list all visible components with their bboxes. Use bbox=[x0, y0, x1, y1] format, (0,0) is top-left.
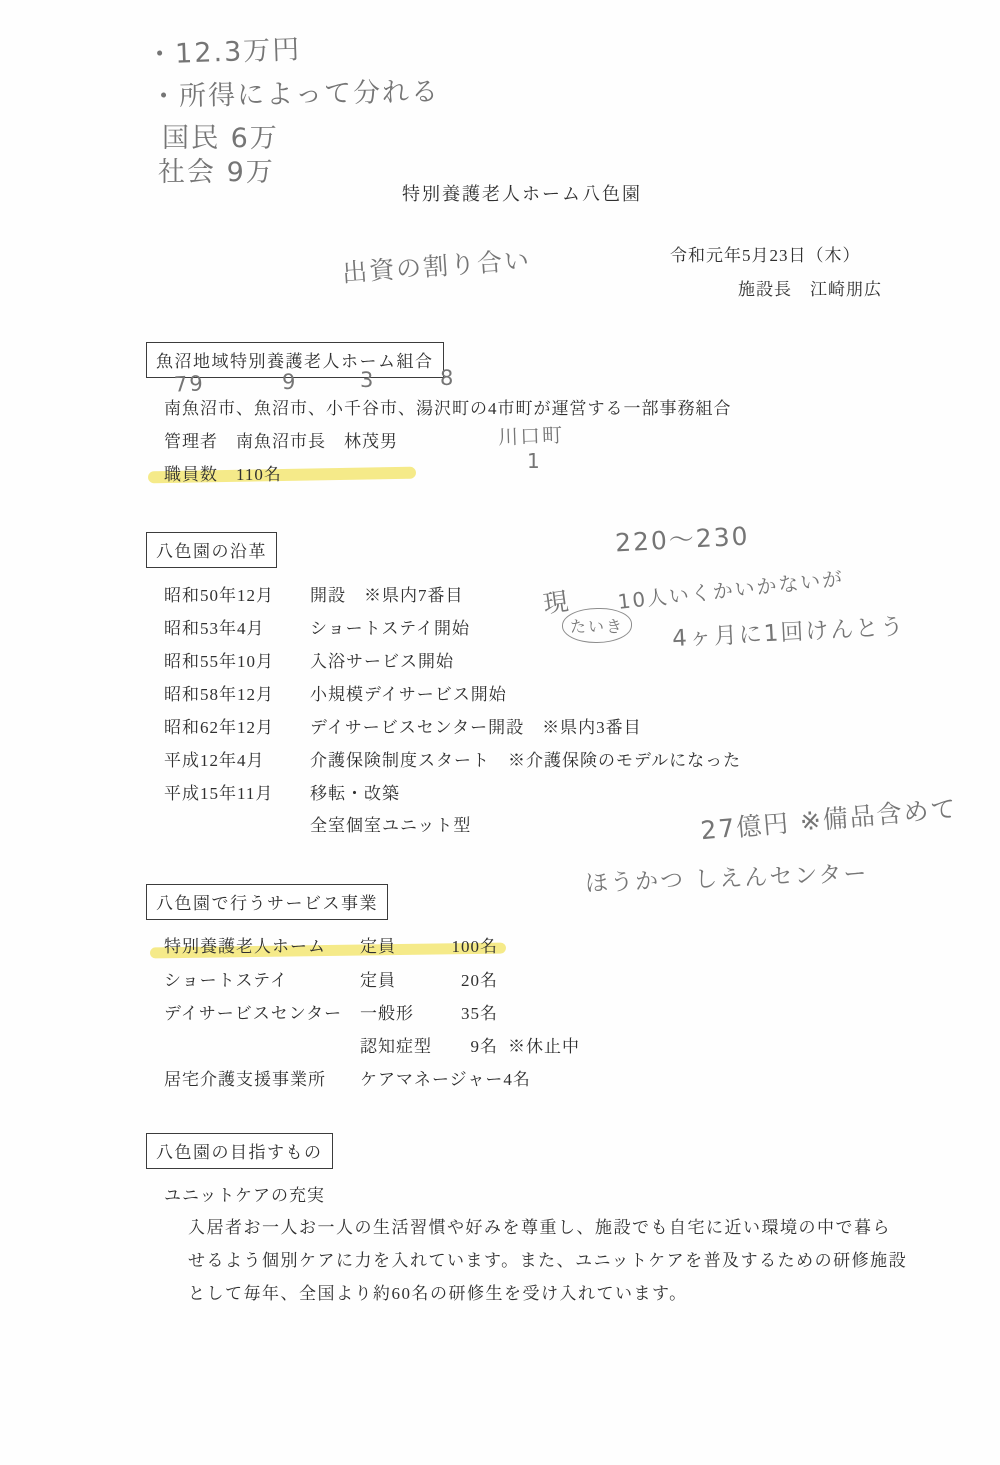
handwritten-share-minamiuonuma: 79 bbox=[173, 371, 205, 397]
history-row-date: 平成15年11月 bbox=[164, 779, 314, 804]
service-row-type: 一般形 bbox=[360, 999, 414, 1024]
handwritten-note-amount: ・12.3万円 bbox=[145, 27, 301, 71]
document-title: 特別養護老人ホーム八色園 bbox=[402, 180, 642, 206]
handwritten-note-shakai: 社会 9万 bbox=[158, 150, 275, 189]
handwritten-share-ojiya: 3 bbox=[360, 368, 375, 392]
section-heading-history: 八色園の沿革 bbox=[146, 532, 277, 568]
document-date: 令和元年5月23日（木） bbox=[670, 241, 861, 266]
history-row-date: 平成12年4月 bbox=[164, 746, 314, 771]
organization-description: 南魚沼市、魚沼市、小千谷市、湯沢町の4市町が運営する一部事務組合 bbox=[164, 394, 732, 419]
handwritten-kawaguchi: 川口町 bbox=[498, 419, 565, 450]
section-heading-services: 八色園で行うサービス事業 bbox=[146, 884, 388, 920]
service-row-value: 100名 bbox=[420, 932, 498, 957]
organization-staff-line: 職員数 110名 bbox=[164, 460, 282, 485]
history-row-event: ショートステイ開始 bbox=[310, 614, 470, 639]
service-row-type: 定員 bbox=[360, 932, 396, 957]
goals-paragraph-line: として毎年、全国より約60名の研修生を受け入れています。 bbox=[188, 1279, 688, 1304]
handwritten-note-shusshi: 出資の割り合い bbox=[341, 240, 532, 289]
history-row-date: 昭和62年12月 bbox=[164, 713, 314, 738]
document-signature: 施設長 江崎朋広 bbox=[738, 275, 882, 300]
service-row-value: 9名 bbox=[420, 1032, 498, 1057]
history-row-date: 昭和53年4月 bbox=[164, 614, 314, 639]
history-row-event: 全室個室ユニット型 bbox=[310, 811, 471, 836]
history-row-event: 小規模デイサービス開始 bbox=[310, 680, 507, 705]
service-row-note: ※休止中 bbox=[508, 1032, 580, 1057]
service-row-type: ケアマネージャー4名 bbox=[360, 1065, 531, 1090]
goals-subheading: ユニットケアの充実 bbox=[164, 1181, 325, 1206]
goals-paragraph-line: 入居者お一人お一人の生活習慣や好みを尊重し、施設でも自宅に近い環境の中で暮ら bbox=[188, 1213, 891, 1238]
service-row-label: 特別養護老人ホーム bbox=[164, 932, 326, 957]
organization-manager-line: 管理者 南魚沼市長 林茂男 bbox=[164, 427, 398, 452]
handwritten-27oku: 27億円 ※備品含めて bbox=[699, 789, 959, 847]
history-row-event: デイサービスセンター開設 ※県内3番目 bbox=[310, 713, 642, 738]
handwritten-taiki-circled: たいき bbox=[562, 608, 632, 643]
history-row-event: 入浴サービス開始 bbox=[310, 647, 454, 672]
handwritten-share-uonuma: 9 bbox=[282, 370, 297, 394]
section-heading-goals: 八色園の目指すもの bbox=[146, 1133, 333, 1169]
handwritten-4kagetsu: 4ヶ月に1回けんとう bbox=[671, 608, 906, 653]
service-row-value: 35名 bbox=[420, 999, 498, 1024]
handwritten-10nin: 10人いくかいかないが bbox=[616, 562, 845, 615]
history-row-event: 介護保険制度スタート ※介護保険のモデルになった bbox=[310, 746, 741, 771]
handwritten-kawaguchi-share: 1 bbox=[527, 449, 542, 473]
service-row-label: デイサービスセンター bbox=[164, 999, 342, 1024]
history-row-date: 昭和50年12月 bbox=[164, 581, 314, 606]
history-row-event: 移転・改築 bbox=[310, 779, 400, 804]
service-row-label: 居宅介護支援事業所 bbox=[164, 1065, 326, 1090]
service-row-value: 20名 bbox=[420, 966, 498, 991]
handwritten-houkatsu: ほうかつ しえんセンター bbox=[585, 855, 869, 898]
handwritten-note-income: ・所得によって分れる bbox=[150, 69, 441, 113]
history-row-event: 開設 ※県内7番目 bbox=[310, 581, 464, 606]
handwritten-share-yuzawa: 8 bbox=[440, 366, 455, 390]
history-row-date: 昭和58年12月 bbox=[164, 680, 314, 705]
service-row-type: 定員 bbox=[360, 966, 396, 991]
scanned-document-page: ・12.3万円 ・所得によって分れる 国民 6万 社会 9万 特別養護老人ホーム… bbox=[0, 0, 1000, 1465]
handwritten-wait-range: 220〜230 bbox=[614, 517, 750, 560]
service-row-label: ショートステイ bbox=[164, 966, 288, 991]
goals-paragraph-line: せるよう個別ケアに力を入れています。また、ユニットケアを普及するための研修施設 bbox=[188, 1246, 907, 1271]
history-row-date: 昭和55年10月 bbox=[164, 647, 314, 672]
